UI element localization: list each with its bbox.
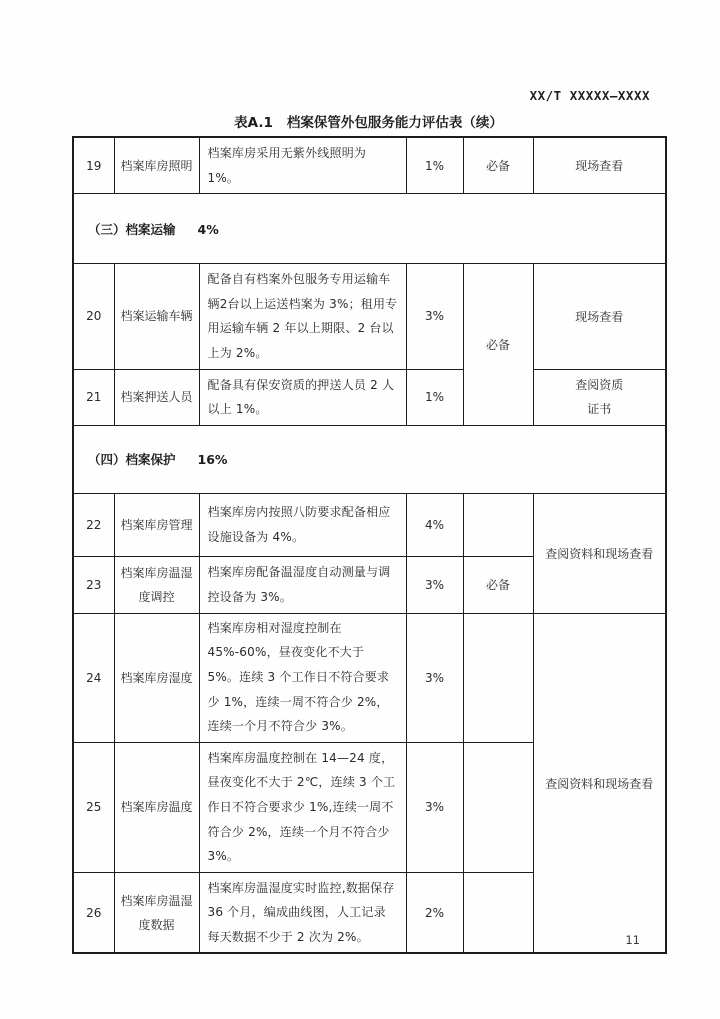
row26-required-cell-empty xyxy=(463,872,533,953)
row26-number-cell: 26 xyxy=(73,872,114,953)
table-row-20: 20 档案运输车辆 配备自有档案外包服务专用运输车辆2台以上运送档案为 3%；租… xyxy=(73,264,666,369)
method-cell-rows24-26: 查阅资料和现场查看 xyxy=(533,613,666,953)
row21-item-cell: 档案押送人员 xyxy=(114,369,199,425)
section3-header-cell: （三）档案运输4% xyxy=(73,194,666,264)
section4-label: （四）档案保护 xyxy=(88,452,176,467)
row21-method-line1: 查阅资质 xyxy=(538,373,662,397)
row24-item-cell: 档案库房湿度 xyxy=(114,613,199,742)
row19-number-cell: 19 xyxy=(73,137,114,194)
row22-score-cell: 4% xyxy=(406,493,463,556)
row21-score-cell: 1% xyxy=(406,369,463,425)
method-cell-rows22-23: 查阅资料和现场查看 xyxy=(533,493,666,613)
section-row-archive-protection: （四）档案保护16% xyxy=(73,425,666,493)
section4-header-cell: （四）档案保护16% xyxy=(73,425,666,493)
row23-content-cell: 档案库房配备温湿度自动测量与调控设备为 3%。 xyxy=(199,556,406,613)
table-title-text: 档案保管外包服务能力评估表（续） xyxy=(287,115,503,131)
row23-number-cell: 23 xyxy=(73,556,114,613)
row21-method-line2: 证书 xyxy=(538,397,662,421)
row20-number-cell: 20 xyxy=(73,264,114,369)
row20-item-cell: 档案运输车辆 xyxy=(114,264,199,369)
row25-number-cell: 25 xyxy=(73,742,114,872)
row26-item-cell: 档案库房温湿度数据 xyxy=(114,872,199,953)
row24-content-cell: 档案库房相对湿度控制在 45%-60%，昼夜变化不大于 5%。连续 3 个工作日… xyxy=(199,613,406,742)
row20-score-cell: 3% xyxy=(406,264,463,369)
row25-item-cell: 档案库房温度 xyxy=(114,742,199,872)
row21-method-cell: 查阅资质 证书 xyxy=(533,369,666,425)
row26-content-cell: 档案库房温湿度实时监控,数据保存 36 个月，编成曲线图，人工记录每天数据不少于… xyxy=(199,872,406,953)
row25-score-cell: 3% xyxy=(406,742,463,872)
page-number: 11 xyxy=(625,933,640,947)
row24-required-cell-empty xyxy=(463,613,533,742)
table-row-21: 21 档案押送人员 配备具有保安资质的押送人员 2 人以上 1%。 1% 查阅资… xyxy=(73,369,666,425)
section4-weight: 16% xyxy=(198,452,228,467)
row23-required-cell: 必备 xyxy=(463,556,533,613)
row19-required-cell: 必备 xyxy=(463,137,533,194)
row26-score-cell: 2% xyxy=(406,872,463,953)
section3-label: （三）档案运输 xyxy=(88,222,176,237)
row19-method-cell: 现场查看 xyxy=(533,137,666,194)
row23-item-cell: 档案库房温湿度调控 xyxy=(114,556,199,613)
standard-code: XX/T XXXXX—XXXX xyxy=(530,88,650,103)
required-cell-rows20-21: 必备 xyxy=(463,264,533,426)
row22-item-cell: 档案库房管理 xyxy=(114,493,199,556)
table-row-24: 24 档案库房湿度 档案库房相对湿度控制在 45%-60%，昼夜变化不大于 5%… xyxy=(73,613,666,742)
row23-score-cell: 3% xyxy=(406,556,463,613)
table-row-19: 19 档案库房照明 档案库房采用无紫外线照明为 1%。 1% 必备 现场查看 xyxy=(73,137,666,194)
row21-content-cell: 配备具有保安资质的押送人员 2 人以上 1%。 xyxy=(199,369,406,425)
document-page: XX/T XXXXX—XXXX 表A.1档案保管外包服务能力评估表（续） 19 … xyxy=(0,0,720,1019)
row22-required-cell-empty xyxy=(463,493,533,556)
row25-content-cell: 档案库房温度控制在 14—24 度，昼夜变化不大于 2℃，连续 3 个工作日不符… xyxy=(199,742,406,872)
row19-content-cell: 档案库房采用无紫外线照明为 1%。 xyxy=(199,137,406,194)
row20-method-cell: 现场查看 xyxy=(533,264,666,369)
row19-score-cell: 1% xyxy=(406,137,463,194)
evaluation-table: 19 档案库房照明 档案库房采用无紫外线照明为 1%。 1% 必备 现场查看 （… xyxy=(72,136,667,954)
section-row-archive-transport: （三）档案运输4% xyxy=(73,194,666,264)
table-title-prefix: 表A.1 xyxy=(234,115,273,131)
row22-content-cell: 档案库房内按照八防要求配备相应设施设备为 4%。 xyxy=(199,493,406,556)
table-row-22: 22 档案库房管理 档案库房内按照八防要求配备相应设施设备为 4%。 4% 查阅… xyxy=(73,493,666,556)
row22-number-cell: 22 xyxy=(73,493,114,556)
row25-required-cell-empty xyxy=(463,742,533,872)
row24-number-cell: 24 xyxy=(73,613,114,742)
row24-score-cell: 3% xyxy=(406,613,463,742)
row19-item-cell: 档案库房照明 xyxy=(114,137,199,194)
section3-weight: 4% xyxy=(198,222,219,237)
row21-number-cell: 21 xyxy=(73,369,114,425)
table-title: 表A.1档案保管外包服务能力评估表（续） xyxy=(72,111,665,131)
row20-content-cell: 配备自有档案外包服务专用运输车辆2台以上运送档案为 3%；租用专用运输车辆 2 … xyxy=(199,264,406,369)
